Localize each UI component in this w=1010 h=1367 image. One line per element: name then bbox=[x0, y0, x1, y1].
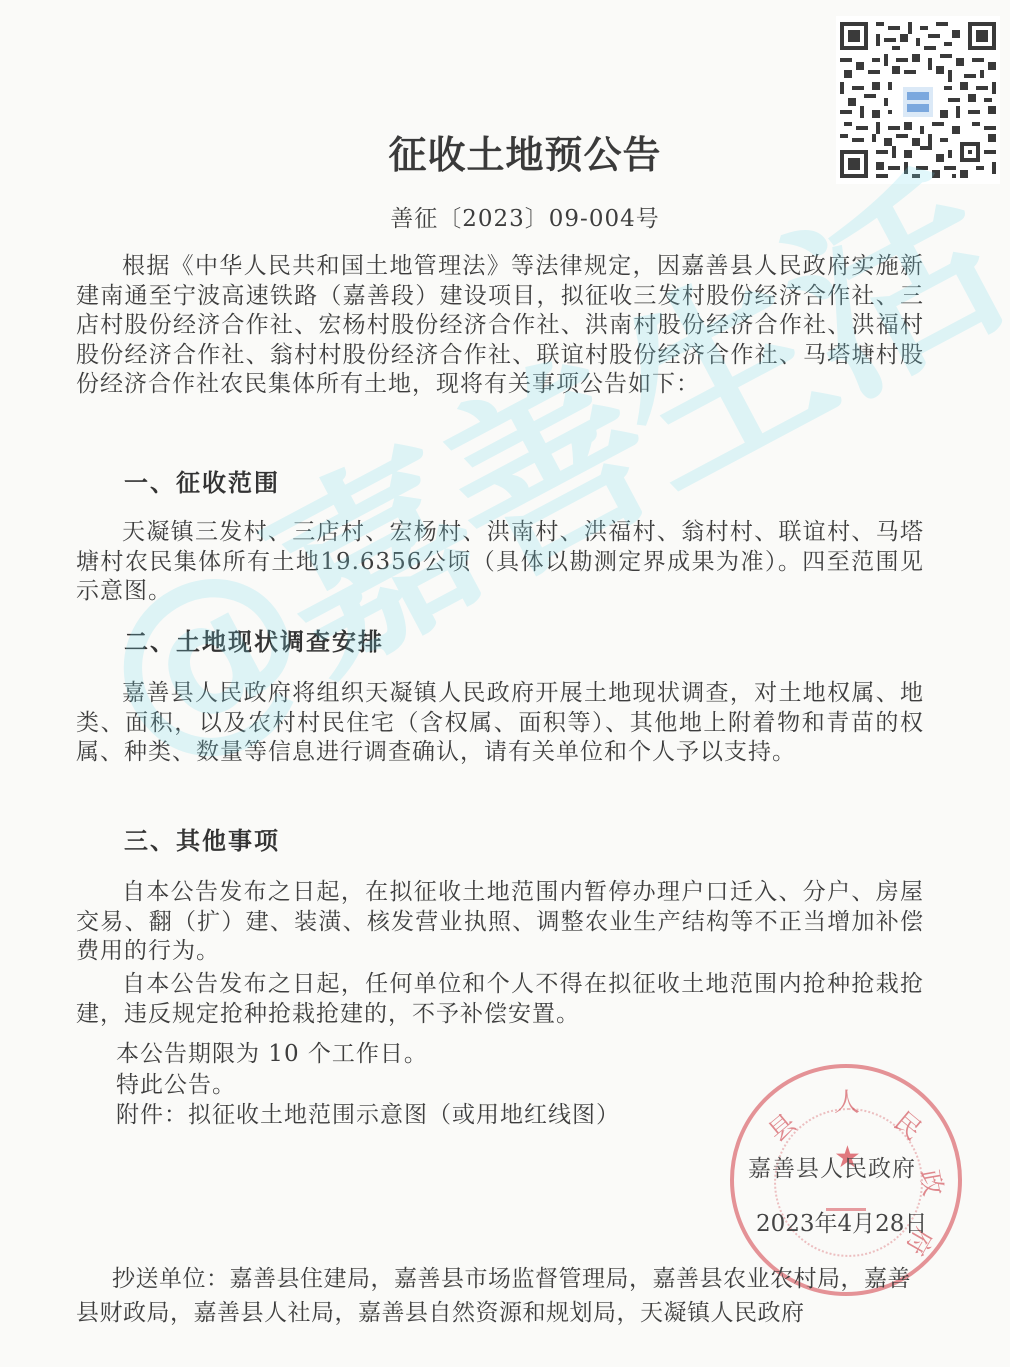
attachment-note[interactable]: 附件：拟征收土地范围示意图（或用地红线图） bbox=[116, 1096, 620, 1129]
issuer-name: 嘉善县人民政府 bbox=[748, 1150, 916, 1183]
cc-recipients: 抄送单位：嘉善县住建局，嘉善县市场监督管理局，嘉善县农业农村局，嘉善县财政局，嘉… bbox=[76, 1262, 926, 1330]
section-body-other-1: 自本公告发布之日起，在拟征收土地范围内暂停办理户口迁入、分户、房屋交易、翻（扩）… bbox=[76, 878, 924, 967]
section-body-scope: 天凝镇三发村、三店村、宏杨村、洪南村、洪福村、翁村村、联谊村、马塔塘村农民集体所… bbox=[76, 518, 924, 607]
section-heading-scope: 一、征收范围 bbox=[124, 463, 280, 498]
section-body-other-2: 自本公告发布之日起，任何单位和个人不得在拟征收土地范围内抢种抢栽抢建，违反规定抢… bbox=[76, 970, 924, 1029]
section-heading-other: 三、其他事项 bbox=[124, 821, 280, 856]
seal-char: 政 bbox=[913, 1166, 954, 1198]
qr-center-logo-icon bbox=[902, 86, 934, 118]
closing-statement: 特此公告。 bbox=[116, 1066, 236, 1099]
seal-char: 人 bbox=[834, 1082, 860, 1119]
intro-paragraph: 根据《中华人民共和国土地管理法》等法律规定，因嘉善县人民政府实施新建南通至宁波高… bbox=[76, 252, 924, 400]
section-heading-survey: 二、土地现状调查安排 bbox=[124, 622, 384, 657]
issue-date: 2023年4月28日 bbox=[756, 1205, 927, 1238]
document-page: 征收土地预公告 善征〔2023〕09-004号 根据《中华人民共和国土地管理法》… bbox=[0, 0, 1010, 1367]
section-body-survey: 嘉善县人民政府将组织天凝镇人民政府开展土地现状调查，对土地权属、地类、面积，以及… bbox=[76, 679, 924, 768]
document-number: 善征〔2023〕09-004号 bbox=[0, 200, 1010, 233]
notice-period: 本公告期限为 10 个工作日。 bbox=[116, 1035, 428, 1068]
page-title: 征收土地预公告 bbox=[0, 124, 1010, 179]
